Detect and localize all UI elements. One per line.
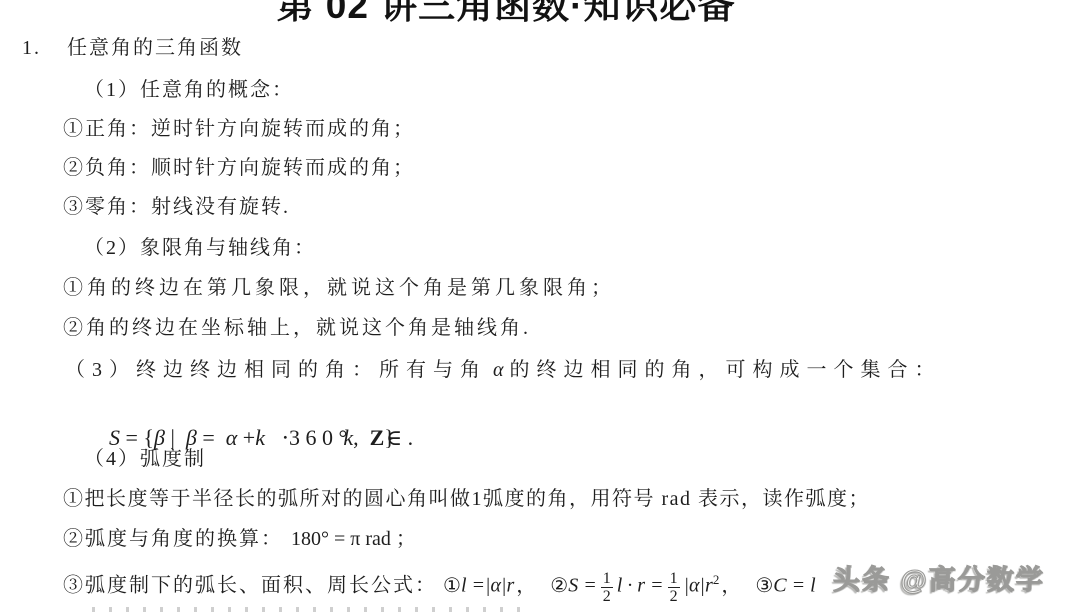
area-formula-rhs: |α|r [684,575,713,597]
axis-angle-item: ②角的终边在坐标轴上，就说这个角是轴线角. [63,315,531,341]
list-number: 1. [22,37,41,59]
arc-formulas-item: ③弧度制下的弧长、面积、周长公式：①l =|α|r，②S =12l · r =1… [63,556,816,610]
area-formula-lhs: S = [568,575,597,597]
conversion-text: ②弧度与角度的换算： [63,528,283,550]
arc-length-formula: l =|α|r [461,575,514,597]
coterminal-text-pre: （3）终边终边相同的角：所有与角 [65,359,487,381]
element-of-sign: ∈ [386,425,402,450]
circled-1: ① [443,575,461,597]
times-360: ⋅3 6 0 [265,425,339,450]
subsection-4-label: （4）弧度制 [84,446,206,472]
negative-angle-item: ②负角：顺时针方向旋转而成的角； [63,155,415,181]
subsection-3-label: （3）终边终边相同的角：所有与角α的终边相同的角，可构成一个集合： [65,357,942,383]
page-title: 第 02 讲三角函数·知识必备 [276,0,735,26]
fraction-denominator: 2 [601,587,613,605]
subsection-1-label: （1）任意角的概念： [84,77,294,103]
circled-2: ② [550,575,568,597]
area-formula-mid: l · r = [617,575,664,597]
alpha-symbol: α [493,359,504,381]
clipped-next-line [92,607,530,612]
subsection-2-label: （2）象限角与轴线角： [84,235,316,261]
var-alpha: α [226,425,238,450]
radian-definition-item: ①把长度等于半径长的弧所对的圆心角叫做1弧度的角，用符号 rad 表示，读作弧度… [63,486,870,512]
separator-comma-1: ， [516,575,536,597]
list-item-1: 1.任意角的三角函数 [22,35,243,61]
watermark: 头条 @高分数学 [833,558,1045,597]
perimeter-formula: C = l [773,575,815,597]
fraction-denominator: 2 [668,587,680,605]
arc-formulas-prefix: ③弧度制下的弧长、面积、周长公式： [63,575,437,597]
fraction-one-half-a: 12 [601,570,613,605]
positive-angle-item: ①正角：逆时针方向旋转而成的角； [63,116,415,142]
section-heading: 任意角的三角函数 [67,37,243,59]
separator-comma-2: ， [721,575,741,597]
circled-3: ③ [755,575,773,597]
zero-angle-item: ③零角：射线没有旋转. [63,194,290,220]
fraction-one-half-b: 12 [668,570,680,605]
period: . [402,425,413,450]
document-page: 第 02 讲三角函数·知识必备 1.任意角的三角函数 （1）任意角的概念： ①正… [0,0,1070,614]
coterminal-text-post: 的终边相同的角，可构成一个集合： [510,359,942,381]
fraction-numerator: 1 [601,570,613,587]
plus-sign: + [237,425,255,450]
var-k2: k [343,425,353,450]
conversion-equation: 180° = π rad ； [291,528,416,550]
exponent-2: 2 [713,572,720,587]
comma: , [353,425,370,450]
var-k: k [255,425,265,450]
quadrant-angle-item: ①角的终边在第几象限，就说这个角是第几象限角； [63,275,615,301]
fraction-numerator: 1 [668,570,680,587]
radian-degree-conversion-item: ②弧度与角度的换算：180° = π rad ； [63,526,416,552]
integers-Z: Z [370,425,385,450]
title-container: 第 02 讲三角函数·知识必备 [0,0,1070,27]
